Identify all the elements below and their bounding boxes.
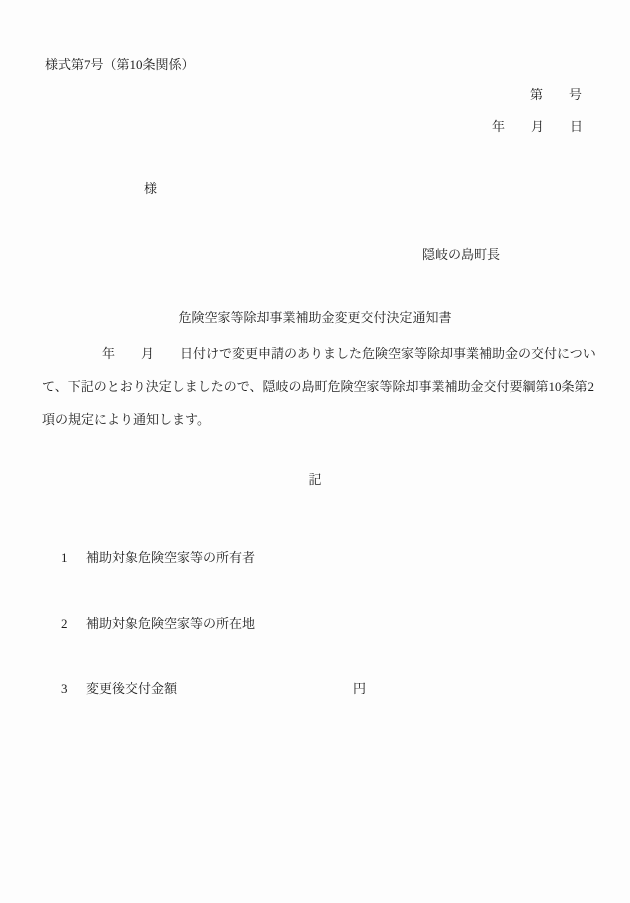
item-number: 3 <box>61 681 86 697</box>
list-item-amount: 3変更後交付金額円 <box>48 665 366 713</box>
item-label: 変更後交付金額 <box>86 681 177 696</box>
date-line: 年 月 日 <box>492 119 583 135</box>
addressee-honorific: 様 <box>144 181 157 197</box>
item-number: 1 <box>61 550 86 566</box>
body-line-3: 項の規定により通知します。 <box>42 412 210 428</box>
item-number: 2 <box>61 616 86 632</box>
item-unit-yen: 円 <box>353 681 366 697</box>
body-line-1: 年 月 日付けで変更申請のありました危険空家等除却事業補助金の交付につい <box>102 346 596 362</box>
record-marker: 記 <box>0 472 630 488</box>
list-item-owner: 1補助対象危険空家等の所有者 <box>48 534 255 582</box>
document-number-line: 第 号 <box>530 87 582 103</box>
item-label: 補助対象危険空家等の所在地 <box>86 616 255 631</box>
form-number: 様式第7号（第10条関係） <box>45 57 195 73</box>
sender-name: 隠岐の島町長 <box>422 247 500 263</box>
list-item-location: 2補助対象危険空家等の所在地 <box>48 600 255 648</box>
document-title: 危険空家等除却事業補助金変更交付決定通知書 <box>0 310 630 326</box>
body-line-2: て、下記のとおり決定しましたので、隠岐の島町危険空家等除却事業補助金交付要綱第1… <box>42 379 594 395</box>
document-page: 様式第7号（第10条関係） 第 号 年 月 日 様 隠岐の島町長 危険空家等除却… <box>0 0 630 903</box>
item-label: 補助対象危険空家等の所有者 <box>86 550 255 565</box>
